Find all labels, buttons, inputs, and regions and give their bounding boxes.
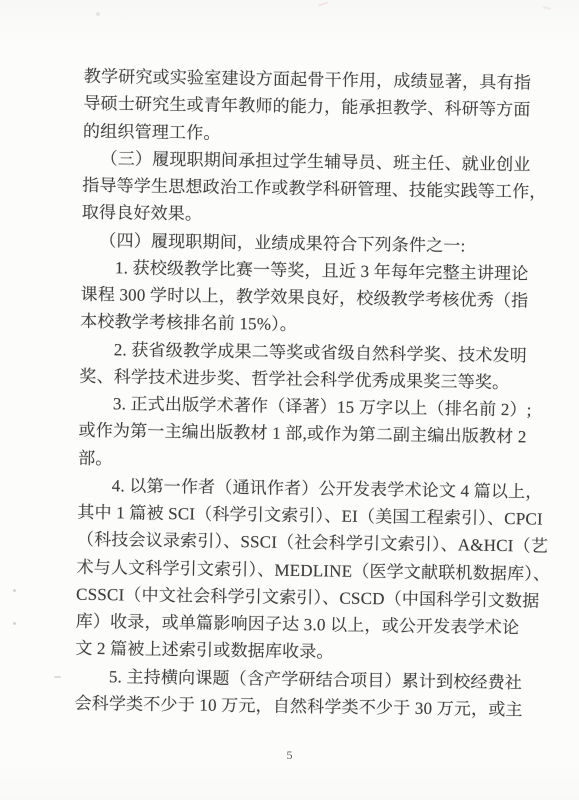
scan-speck-artifact: [96, 12, 100, 16]
scan-pen-mark-artifact: [318, 2, 328, 7]
document-text-block: 教学研究或实验室建设方面起骨干作用，成绩显著，具有指导硕士研究生或青年教师的能力…: [74, 63, 520, 723]
page-number: 5: [0, 748, 579, 763]
scan-dash-artifact: [54, 676, 61, 678]
text-line: 会科学类不少于 10 万元，自然科学类不少于 30 万元，或主: [74, 689, 510, 723]
document-page: 教学研究或实验室建设方面起骨干作用，成绩显著，具有指导硕士研究生或青年教师的能力…: [0, 0, 579, 800]
scan-pen-mark-artifact: [543, 6, 551, 10]
scan-speck-artifact: [13, 622, 16, 625]
scan-speck-artifact: [13, 589, 16, 592]
